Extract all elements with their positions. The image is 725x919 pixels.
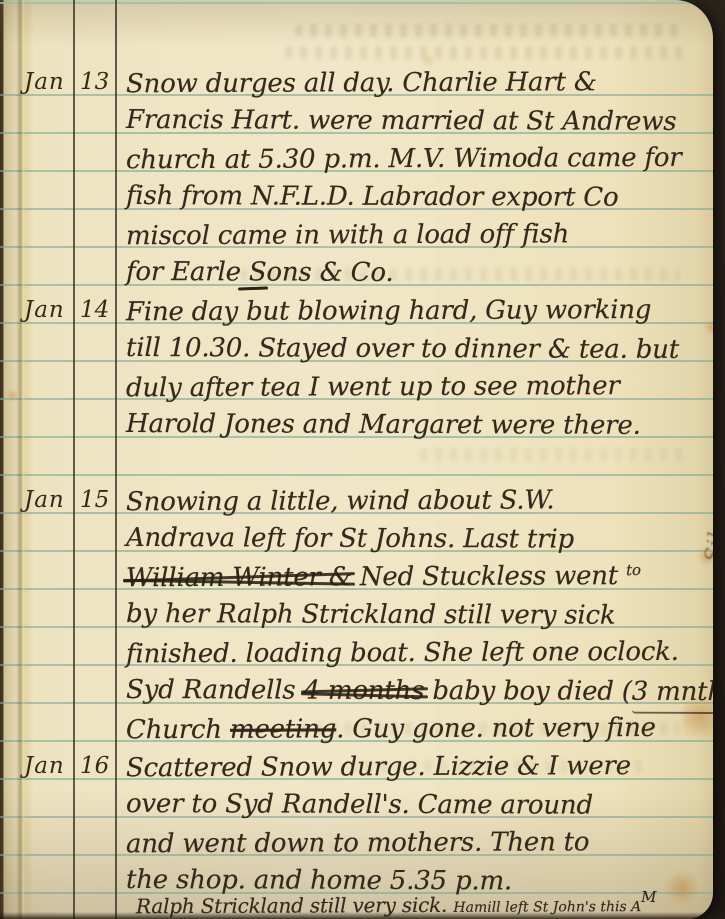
entry-day: 15	[80, 487, 109, 513]
handwriting-text: baby boy died (	[424, 676, 632, 707]
handwriting-line: fish from N.F.L.D. Labrador export Co	[126, 177, 708, 217]
page-bottom-edge	[0, 912, 713, 919]
entry-day: 14	[80, 297, 109, 323]
handwriting-text: M	[641, 888, 656, 906]
margin-rule-right	[115, 0, 117, 919]
handwriting-text: duly after tea I went up to see mother	[126, 371, 620, 403]
binding-crease	[16, 0, 26, 919]
struck-out-text: 4 months	[303, 676, 424, 706]
handwriting-text: Church	[126, 715, 230, 745]
handwriting-text: over to Syd Randell's. Came around	[126, 789, 593, 821]
handwriting-text: for Earle Sons & Co.	[126, 257, 394, 288]
handwriting-line: Andrava left for St Johns. Last trip	[126, 519, 708, 559]
handwriting-line: for Earle Sons & Co.	[126, 253, 708, 293]
handwriting-text: Francis Hart. were married at St Andrews	[126, 105, 677, 137]
handwriting-line: church at 5.30 p.m. M.V. Wimoda came for	[126, 139, 708, 180]
entry-month: Jan	[24, 69, 65, 95]
page-top-rule	[0, 2, 713, 4]
handwriting-line: till 10.30. Stayed over to dinner & tea.…	[126, 329, 708, 369]
handwriting-line: Harold Jones and Margaret were there.	[126, 405, 708, 445]
handwriting-line: Church meeting. Guy gone. not very fine	[126, 709, 708, 750]
handwriting-text: Syd Randells	[126, 675, 304, 706]
handwriting-text: Ned Stuckless went	[352, 561, 627, 592]
handwriting-text: Snow durges all day. Charlie Hart &	[126, 67, 597, 99]
handwriting-line: duly after tea I went up to see mother	[126, 367, 708, 408]
handwriting-line: William Winter & Ned Stuckless went to	[126, 557, 708, 598]
entry-month: Jan	[24, 297, 65, 323]
entry-text: Fine day but blowing hard, Guy workingti…	[126, 292, 708, 444]
handwriting-text: finished. loading boat. She left one ocl…	[126, 637, 679, 669]
diary-photo: Jan13Snow durges all day. Charlie Hart &…	[0, 0, 725, 919]
handwriting-text: church at 5.30 p.m. M.V. Wimoda came for	[126, 143, 682, 175]
handwriting-text: miscol came in with a load off fish	[126, 219, 569, 251]
handwriting-line: and went down to mothers. Then to	[126, 823, 708, 864]
diary-page: Jan13Snow durges all day. Charlie Hart &…	[0, 0, 713, 919]
entry-text: Snow durges all day. Charlie Hart &Franc…	[126, 64, 708, 292]
handwriting-text: Fine day but blowing hard, Guy working	[126, 295, 651, 327]
handwriting-line: over to Syd Randell's. Came around	[126, 785, 708, 825]
entry-text: Snowing a little, wind about S.W.Andrava…	[126, 482, 708, 748]
handwriting-line: Snowing a little, wind about S.W.	[126, 481, 708, 522]
stain	[7, 388, 18, 403]
bleedthrough-text	[295, 24, 680, 37]
entry-day: 13	[80, 69, 109, 95]
entry-month: Jan	[24, 487, 65, 513]
handwriting-line: finished. loading boat. She left one ocl…	[126, 633, 708, 674]
handwriting-text: Andrava left for St Johns. Last trip	[126, 523, 574, 555]
bleedthrough-text	[420, 448, 690, 461]
handwriting-text: to	[626, 561, 641, 579]
entry-text: Scattered Snow durge. Lizzie & I wereove…	[126, 748, 708, 919]
bleedthrough-text	[285, 46, 685, 59]
handwriting-text: the shop. and home 5.35 p.m.	[126, 865, 512, 896]
handwriting-text: fish from N.F.L.D. Labrador export Co	[126, 181, 619, 213]
handwriting-text: Harold Jones and Margaret were there.	[126, 409, 641, 441]
handwriting-text: Scattered Snow durge. Lizzie & I were	[126, 751, 631, 783]
handwriting-line: Francis Hart. were married at St Andrews	[126, 101, 708, 141]
handwriting-line: Scattered Snow durge. Lizzie & I were	[126, 747, 708, 788]
handwriting-line: by her Ralph Strickland still very sick	[126, 595, 708, 635]
handwriting-line: Fine day but blowing hard, Guy working	[126, 291, 708, 332]
handwriting-text: Snowing a little, wind about S.W.	[126, 485, 555, 517]
entry-day: 16	[80, 753, 109, 779]
handwriting-line: Syd Randells 4 months baby boy died (old…	[126, 671, 708, 711]
handwriting-line: Snow durges all day. Charlie Hart &	[126, 63, 708, 104]
handwriting-line: miscol came in with a load off fish	[126, 215, 708, 256]
margin-rule-left	[73, 0, 75, 919]
entry-month: Jan	[24, 753, 65, 779]
handwriting-text: till 10.30. Stayed over to dinner & tea.…	[126, 333, 679, 365]
handwriting-text: meeting	[230, 714, 336, 744]
handwriting-text: by her Ralph Strickland still very sick	[126, 599, 616, 631]
struck-out-text: William Winter &	[126, 562, 352, 593]
handwriting-text: . Guy gone. not very fine	[336, 713, 656, 744]
handwriting-text: and went down to mothers. Then to	[126, 827, 589, 859]
